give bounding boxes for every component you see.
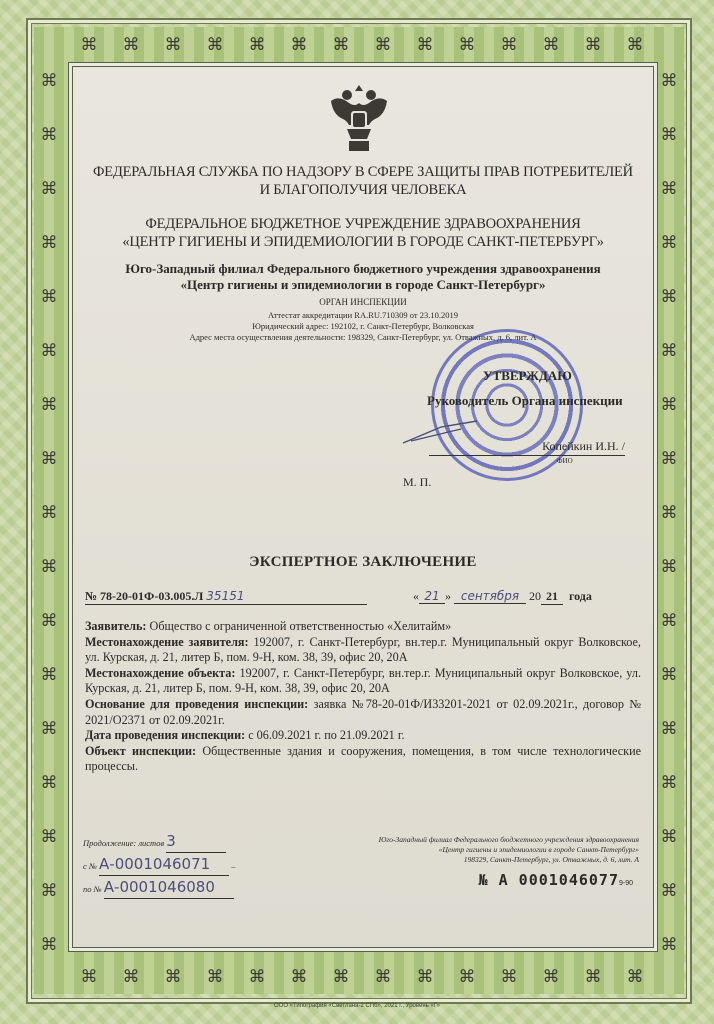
knot-ornament-icon: ⌘ bbox=[584, 968, 602, 986]
accreditation-info: Аттестат аккредитации RA.RU.710309 от 23… bbox=[73, 310, 653, 343]
date-day: 21 bbox=[419, 589, 445, 604]
accreditation-line: Аттестат аккредитации RA.RU.710309 от 23… bbox=[73, 310, 653, 321]
issuer-line-3: 198329, Санкт-Петербург, ул. Отважных, д… bbox=[309, 855, 639, 865]
knot-ornament-icon: ⌘ bbox=[40, 396, 58, 414]
knot-ornament-icon: ⌘ bbox=[458, 36, 476, 54]
document-paper: ФЕДЕРАЛЬНАЯ СЛУЖБА ПО НАДЗОРУ В СФЕРЕ ЗА… bbox=[72, 66, 654, 948]
knot-ornament-icon: ⌘ bbox=[660, 504, 678, 522]
number-handwritten: 35151 bbox=[206, 589, 244, 603]
knot-ornament-icon: ⌘ bbox=[40, 234, 58, 252]
knot-ornament-icon: ⌘ bbox=[374, 968, 392, 986]
certificate-sheet: ⌘⌘⌘⌘⌘⌘⌘⌘⌘⌘⌘⌘⌘⌘⌘⌘⌘⌘⌘⌘⌘⌘⌘⌘⌘⌘⌘⌘⌘⌘⌘⌘⌘⌘⌘⌘⌘⌘⌘⌘… bbox=[0, 0, 714, 1024]
knot-ornament-icon: ⌘ bbox=[660, 342, 678, 360]
knot-ornament-icon: ⌘ bbox=[40, 720, 58, 738]
document-number-line: № 78-20-01Ф-03.005.Л 35151 «21» сентября… bbox=[85, 589, 645, 605]
knot-ornament-icon: ⌘ bbox=[40, 774, 58, 792]
double-headed-eagle-emblem-icon bbox=[325, 81, 393, 155]
number-prefix: № 78-20-01Ф-03.005.Л bbox=[85, 589, 203, 603]
knot-ornament-icon: ⌘ bbox=[660, 72, 678, 90]
field-label: Местонахождение заявителя: bbox=[85, 635, 249, 649]
seal-place-label: М. П. bbox=[403, 475, 431, 490]
printer-imprint: ООО «Типография «Светлана-2 СПб», 2021 г… bbox=[0, 1003, 714, 1009]
date-year-prefix: 20 bbox=[529, 589, 541, 603]
knot-ornament-icon: ⌘ bbox=[206, 968, 224, 986]
knot-ornament-icon: ⌘ bbox=[660, 126, 678, 144]
document-title: ЭКСПЕРТНОЕ ЗАКЛЮЧЕНИЕ bbox=[73, 554, 653, 571]
document-number: № 78-20-01Ф-03.005.Л 35151 bbox=[85, 589, 367, 605]
document-date: «21» сентября 2021 года bbox=[413, 589, 592, 603]
knot-ornament-icon: ⌘ bbox=[40, 666, 58, 684]
knot-ornament-icon: ⌘ bbox=[458, 968, 476, 986]
field-value: с 06.09.2021 г. по 21.09.2021 г. bbox=[248, 728, 404, 742]
knot-ornament-icon: ⌘ bbox=[122, 36, 140, 54]
knot-ornament-icon: ⌘ bbox=[626, 968, 644, 986]
knot-ornament-icon: ⌘ bbox=[164, 36, 182, 54]
sheets-value: 3 bbox=[166, 831, 226, 853]
knot-ornament-icon: ⌘ bbox=[80, 968, 98, 986]
knot-ornament-icon: ⌘ bbox=[660, 666, 678, 684]
knot-ornament-icon: ⌘ bbox=[660, 288, 678, 306]
knot-ornament-icon: ⌘ bbox=[40, 936, 58, 954]
branch-header: Юго-Западный филиал Федерального бюджетн… bbox=[73, 261, 653, 293]
from-number: А-0001046071 bbox=[99, 854, 229, 876]
knot-ornament-icon: ⌘ bbox=[40, 558, 58, 576]
issuer-line-2: «Центр гигиены и эпидемиологии в городе … bbox=[309, 845, 639, 855]
serial-prefix: № А bbox=[479, 871, 509, 889]
knot-ornament-icon: ⌘ bbox=[660, 612, 678, 630]
institution-line-1: ФЕДЕРАЛЬНОЕ БЮДЖЕТНОЕ УЧРЕЖДЕНИЕ ЗДРАВОО… bbox=[73, 215, 653, 233]
field-row: Основание для проведения инспекции: заяв… bbox=[85, 697, 641, 728]
knot-ornament-icon: ⌘ bbox=[332, 36, 350, 54]
knot-ornament-icon: ⌘ bbox=[40, 450, 58, 468]
field-label: Основание для проведения инспекции: bbox=[85, 697, 308, 711]
knot-ornament-icon: ⌘ bbox=[660, 882, 678, 900]
date-month: сентября bbox=[454, 589, 526, 604]
knot-ornament-icon: ⌘ bbox=[40, 828, 58, 846]
branch-line-1: Юго-Западный филиал Федерального бюджетн… bbox=[73, 261, 653, 277]
knot-ornament-icon: ⌘ bbox=[40, 72, 58, 90]
sheets-label: Продолжение: листов bbox=[83, 838, 164, 848]
knot-ornament-icon: ⌘ bbox=[40, 882, 58, 900]
knot-ornament-icon: ⌘ bbox=[626, 36, 644, 54]
knot-ornament-icon: ⌘ bbox=[290, 36, 308, 54]
field-row: Местонахождение объекта: 192007, г. Санк… bbox=[85, 666, 641, 697]
knot-ornament-icon: ⌘ bbox=[660, 450, 678, 468]
field-label: Местонахождение объекта: bbox=[85, 666, 235, 680]
knot-ornament-icon: ⌘ bbox=[660, 774, 678, 792]
knot-ornament-icon: ⌘ bbox=[660, 936, 678, 954]
knot-ornament-icon: ⌘ bbox=[660, 234, 678, 252]
date-year-suffix: года bbox=[569, 589, 592, 603]
knot-ornament-icon: ⌘ bbox=[542, 968, 560, 986]
agency-header: ФЕДЕРАЛЬНАЯ СЛУЖБА ПО НАДЗОРУ В СФЕРЕ ЗА… bbox=[73, 163, 653, 199]
date-year: 21 bbox=[541, 589, 563, 605]
field-row: Дата проведения инспекции: с 06.09.2021 … bbox=[85, 728, 641, 744]
field-label: Заявитель: bbox=[85, 619, 146, 633]
agency-line-1: ФЕДЕРАЛЬНАЯ СЛУЖБА ПО НАДЗОРУ В СФЕРЕ ЗА… bbox=[73, 163, 653, 181]
to-label: по № bbox=[83, 884, 102, 894]
approval-heading: УТВЕРЖДАЮ bbox=[483, 368, 572, 384]
from-label: с № bbox=[83, 861, 97, 871]
institution-line-2: «ЦЕНТР ГИГИЕНЫ И ЭПИДЕМИОЛОГИИ В ГОРОДЕ … bbox=[73, 233, 653, 251]
knot-ornament-icon: ⌘ bbox=[40, 126, 58, 144]
knot-ornament-icon: ⌘ bbox=[80, 36, 98, 54]
knot-ornament-icon: ⌘ bbox=[500, 36, 518, 54]
knot-ornament-icon: ⌘ bbox=[660, 396, 678, 414]
knot-ornament-icon: ⌘ bbox=[40, 180, 58, 198]
knot-ornament-icon: ⌘ bbox=[542, 36, 560, 54]
knot-ornament-icon: ⌘ bbox=[40, 288, 58, 306]
field-row: Местонахождение заявителя: 192007, г. Са… bbox=[85, 635, 641, 666]
knot-ornament-icon: ⌘ bbox=[206, 36, 224, 54]
signature-line: Копейкин И.Н. / bbox=[429, 439, 625, 456]
knot-ornament-icon: ⌘ bbox=[248, 36, 266, 54]
knot-ornament-icon: ⌘ bbox=[660, 180, 678, 198]
field-label: Дата проведения инспекции: bbox=[85, 728, 245, 742]
issuer-line-1: Юго-Западный филиал Федерального бюджетн… bbox=[309, 835, 639, 845]
knot-ornament-icon: ⌘ bbox=[40, 612, 58, 630]
field-label: Объект инспекции: bbox=[85, 744, 196, 758]
knot-ornament-icon: ⌘ bbox=[290, 968, 308, 986]
institution-header: ФЕДЕРАЛЬНОЕ БЮДЖЕТНОЕ УЧРЕЖДЕНИЕ ЗДРАВОО… bbox=[73, 215, 653, 251]
knot-ornament-icon: ⌘ bbox=[416, 36, 434, 54]
to-number: А-0001046080 bbox=[104, 877, 234, 899]
knot-ornament-icon: ⌘ bbox=[374, 36, 392, 54]
knot-ornament-icon: ⌘ bbox=[164, 968, 182, 986]
knot-ornament-icon: ⌘ bbox=[500, 968, 518, 986]
knot-ornament-icon: ⌘ bbox=[122, 968, 140, 986]
serial-suffix: 9-90 bbox=[619, 880, 633, 887]
field-row: Объект инспекции: Общественные здания и … bbox=[85, 744, 641, 775]
inspection-body-label: ОРГАН ИНСПЕКЦИИ bbox=[73, 297, 653, 307]
field-value: Общество с ограниченной ответственностью… bbox=[150, 619, 452, 633]
serial-number: 0001046077 bbox=[519, 871, 619, 889]
knot-ornament-icon: ⌘ bbox=[660, 720, 678, 738]
issuer-block: Юго-Западный филиал Федерального бюджетн… bbox=[309, 835, 639, 865]
activity-address-line: Адрес места осуществления деятельности: … bbox=[73, 332, 653, 343]
continuation-block: Продолжение: листов 3 с № А-0001046071 –… bbox=[83, 831, 235, 900]
branch-line-2: «Центр гигиены и эпидемиологии в городе … bbox=[73, 277, 653, 293]
signature-caption: ФИО bbox=[557, 457, 573, 465]
agency-line-2: И БЛАГОПОЛУЧИЯ ЧЕЛОВЕКА bbox=[73, 181, 653, 199]
field-row: Заявитель: Общество с ограниченной ответ… bbox=[85, 619, 641, 635]
knot-ornament-icon: ⌘ bbox=[40, 504, 58, 522]
knot-ornament-icon: ⌘ bbox=[40, 342, 58, 360]
legal-address-line: Юридический адрес: 192102, г. Санкт-Пете… bbox=[73, 321, 653, 332]
knot-ornament-icon: ⌘ bbox=[584, 36, 602, 54]
knot-ornament-icon: ⌘ bbox=[248, 968, 266, 986]
approver-name: Копейкин И.Н. bbox=[542, 439, 619, 453]
document-fields: Заявитель: Общество с ограниченной ответ… bbox=[85, 619, 641, 775]
knot-ornament-icon: ⌘ bbox=[660, 828, 678, 846]
knot-ornament-icon: ⌘ bbox=[332, 968, 350, 986]
approver-role: Руководитель Органа инспекции bbox=[427, 393, 623, 409]
form-serial-number: № А 00010460779-90 bbox=[479, 871, 633, 889]
knot-ornament-icon: ⌘ bbox=[660, 558, 678, 576]
knot-ornament-icon: ⌘ bbox=[416, 968, 434, 986]
